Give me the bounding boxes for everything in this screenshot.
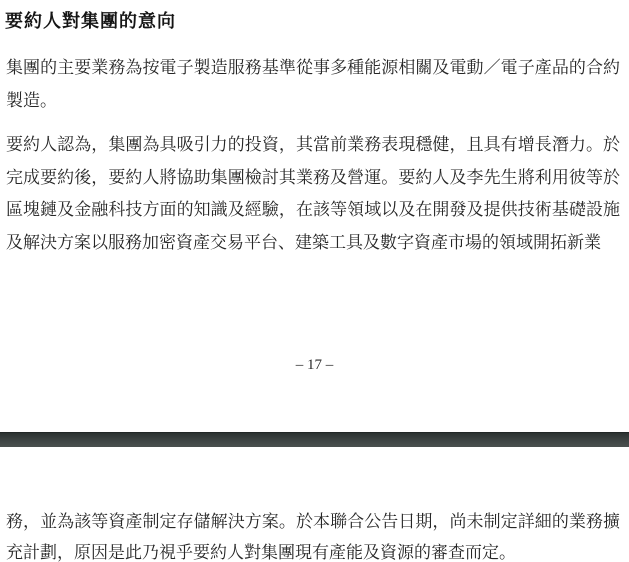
document-page: 要約人對集團的意向 集團的主要業務為按電子製造服務基準從事多種能源相關及電動／電… xyxy=(0,0,629,562)
paragraph-group-next-page: 務，並為該等資產制定存儲解決方案。於本聯合公告日期，尚未制定詳細的業務擴 充計劃… xyxy=(6,507,620,562)
text-line: 及解決方案以服務加密資產交易平台、建築工具及數字資產市場的領域開拓新業 xyxy=(6,227,620,260)
text-line: 完成要約後，要約人將協助集團檢討其業務及營運。要約人及李先生將利用彼等於 xyxy=(6,162,620,195)
text-line: 充計劃，原因是此乃視乎要約人對集團現有產能及資源的審查而定。 xyxy=(6,538,620,562)
page-number: – 17 – xyxy=(0,355,629,375)
page-separator-bar xyxy=(0,432,629,447)
text-line: 集團的主要業務為按電子製造服務基準從事多種能源相關及電動／電子產品的合約 xyxy=(6,52,620,85)
text-line: 製造。 xyxy=(6,85,620,118)
text-line: 務，並為該等資產制定存儲解決方案。於本聯合公告日期，尚未制定詳細的業務擴 xyxy=(6,507,620,538)
paragraph-group-summary: 集團的主要業務為按電子製造服務基準從事多種能源相關及電動／電子產品的合約 製造。 xyxy=(6,52,620,117)
paragraph-group-intention: 要約人認為，集團為具吸引力的投資，其當前業務表現穩健，且具有增長潛力。於 完成要… xyxy=(6,129,620,259)
text-line: 要約人認為，集團為具吸引力的投資，其當前業務表現穩健，且具有增長潛力。於 xyxy=(6,129,620,162)
section-heading: 要約人對集團的意向 xyxy=(5,8,176,34)
text-line: 區塊鏈及金融科技方面的知識及經驗，在該等領域以及在開發及提供技術基礎設施 xyxy=(6,194,620,227)
